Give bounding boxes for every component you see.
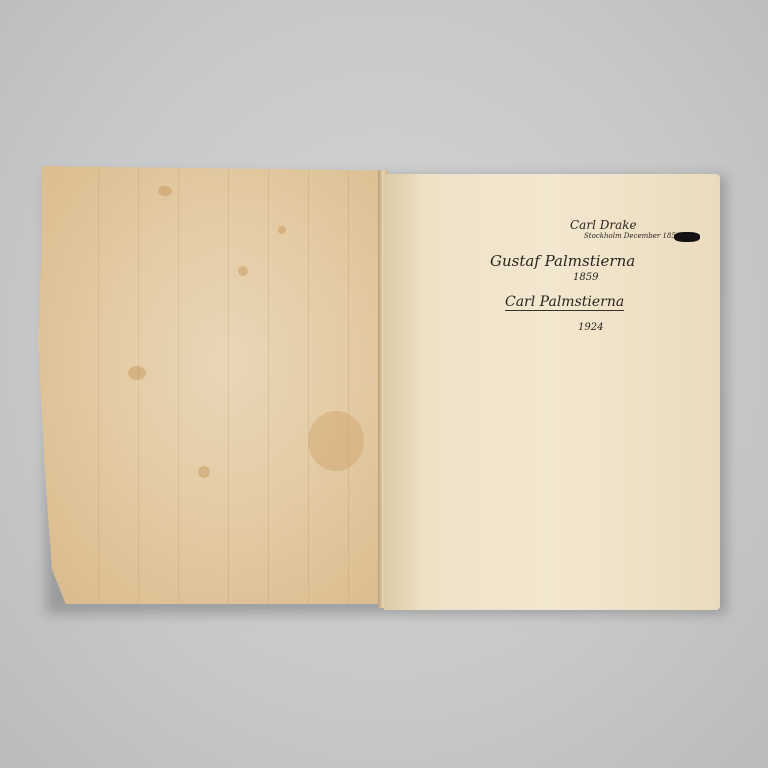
- inscription-3-year: 1924: [578, 322, 603, 333]
- stain: [198, 466, 210, 478]
- inscription-2: Gustaf Palmstierna: [490, 252, 635, 270]
- stain: [128, 366, 146, 380]
- inscription-3: Carl Palmstierna: [505, 294, 624, 311]
- left-page: [38, 166, 384, 604]
- stain: [278, 226, 286, 234]
- inscription-1-sub: Stockholm December 1850: [584, 232, 680, 240]
- stain: [158, 186, 172, 196]
- stain: [238, 266, 248, 276]
- inscription-2-year: 1859: [573, 272, 598, 283]
- inscription-1: Carl Drake: [570, 218, 637, 232]
- inkblot: [674, 232, 700, 242]
- stain: [308, 411, 364, 471]
